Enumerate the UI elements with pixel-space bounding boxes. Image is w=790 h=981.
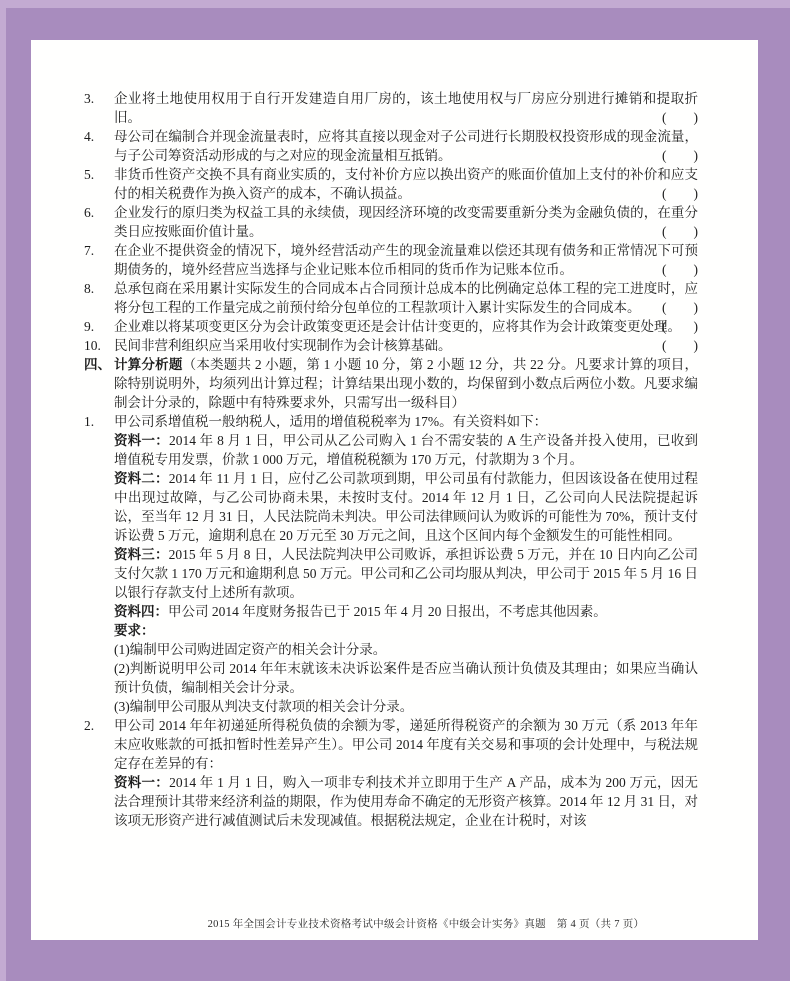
- requirement-1: (1)编制甲公司购进固定资产的相关会计分录。: [114, 640, 698, 659]
- item-number: 10.: [84, 336, 113, 355]
- question-2: 2. 甲公司 2014 年年初递延所得税负债的余额为零，递延所得税资产的余额为 …: [84, 716, 698, 830]
- material-paragraph: 资料三：2015 年 5 月 8 日，人民法院判决甲公司败诉，承担诉讼费 5 万…: [114, 545, 698, 602]
- page-footer: 2015 年全国会计专业技术资格考试中级会计资格《中级会计实务》真题 第 4 页…: [31, 916, 790, 931]
- tf-item-10: 10.民间非营利组织应当采用收付实现制作为会计核算基础。 ( ): [84, 336, 698, 355]
- requirement-2: (2)判断说明甲公司 2014 年年末就该未决诉讼案件是否应当确认预计负债及其理…: [114, 659, 698, 697]
- item-number: 6.: [84, 203, 113, 222]
- item-text: 企业发行的原归类为权益工具的永续债，现因经济环境的改变需要重新分类为金融负债的，…: [114, 205, 698, 239]
- exam-page: 3.企业将土地使用权用于自行开发建造自用厂房的，该土地使用权与厂房应分别进行摊销…: [31, 40, 758, 940]
- cover-edge-highlight-left: [0, 0, 6, 981]
- material-paragraph: 资料二：2014 年 11 月 1 日，应付乙公司款项到期，甲公司虽有付款能力，…: [114, 469, 698, 545]
- requirements-label: 要求：: [114, 621, 698, 640]
- item-number: 9.: [84, 317, 113, 336]
- tf-item-8: 8.总承包商在采用累计实际发生的合同成本占合同预计总成本的比例确定总体工程的完工…: [84, 279, 698, 317]
- answer-brackets: ( ): [662, 298, 698, 317]
- item-text: 母公司在编制合并现金流量表时，应将其直接以现金对子公司进行长期股权投资形成的现金…: [114, 129, 698, 163]
- tf-item-5: 5.非货币性资产交换不具有商业实质的，支付补价方应以换出资产的账面价值加上支付的…: [84, 165, 698, 203]
- question-1: 1. 甲公司系增值税一般纳税人，适用的增值税税率为 17%。有关资料如下： 资料…: [84, 412, 698, 716]
- answer-brackets: ( ): [662, 260, 698, 279]
- material-label: 资料一：: [114, 775, 169, 790]
- question-intro: 甲公司系增值税一般纳税人，适用的增值税税率为 17%。有关资料如下：: [114, 412, 698, 431]
- tf-item-3: 3.企业将土地使用权用于自行开发建造自用厂房的，该土地使用权与厂房应分别进行摊销…: [84, 89, 698, 127]
- tf-item-7: 7.在企业不提供资金的情况下，境外经营活动产生的现金流量难以偿还其现有债务和正常…: [84, 241, 698, 279]
- page-content: 3.企业将土地使用权用于自行开发建造自用厂房的，该土地使用权与厂房应分别进行摊销…: [84, 89, 698, 830]
- item-number: 8.: [84, 279, 113, 298]
- answer-brackets: ( ): [662, 146, 698, 165]
- question-number: 2.: [84, 716, 113, 735]
- item-text: 总承包商在采用累计实际发生的合同成本占合同预计总成本的比例确定总体工程的完工进度…: [114, 281, 698, 315]
- item-text: 民间非营利组织应当采用收付实现制作为会计核算基础。: [114, 338, 452, 353]
- answer-brackets: ( ): [662, 317, 698, 336]
- material-label: 资料三：: [114, 547, 169, 562]
- question-number: 1.: [84, 412, 113, 431]
- material-text: 甲公司 2014 年度财务报告已于 2015 年 4 月 20 日报出，不考虑其…: [168, 604, 607, 619]
- material-paragraph: 资料一：2014 年 8 月 1 日，甲公司从乙公司购入 1 台不需安装的 A …: [114, 431, 698, 469]
- item-text: 在企业不提供资金的情况下，境外经营活动产生的现金流量难以偿还其现有债务和正常情况…: [114, 243, 698, 277]
- item-number: 4.: [84, 127, 113, 146]
- cover-edge-highlight-top: [0, 0, 790, 8]
- item-text: 企业将土地使用权用于自行开发建造自用厂房的，该土地使用权与厂房应分别进行摊销和提…: [114, 91, 698, 125]
- item-number: 5.: [84, 165, 113, 184]
- item-text: 非货币性资产交换不具有商业实质的，支付补价方应以换出资产的账面价值加上支付的补价…: [114, 167, 698, 201]
- item-text: 企业难以将某项变更区分为会计政策变更还是会计估计变更的，应将其作为会计政策变更处…: [114, 319, 681, 334]
- material-label: 资料四：: [114, 604, 168, 619]
- question-intro: 甲公司 2014 年年初递延所得税负债的余额为零，递延所得税资产的余额为 30 …: [114, 716, 698, 773]
- section-4-heading: 四、计算分析题（本类题共 2 小题，第 1 小题 10 分，第 2 小题 12 …: [84, 355, 698, 412]
- tf-item-4: 4.母公司在编制合并现金流量表时，应将其直接以现金对子公司进行长期股权投资形成的…: [84, 127, 698, 165]
- section-title: 计算分析题: [114, 357, 183, 372]
- requirement-3: (3)编制甲公司服从判决支付款项的相关会计分录。: [114, 697, 698, 716]
- section-number: 四、: [84, 355, 113, 374]
- material-label: 资料二：: [114, 471, 169, 486]
- material-paragraph: 资料四：甲公司 2014 年度财务报告已于 2015 年 4 月 20 日报出，…: [114, 602, 698, 621]
- answer-brackets: ( ): [662, 184, 698, 203]
- answer-brackets: ( ): [662, 108, 698, 127]
- material-text: 2014 年 8 月 1 日，甲公司从乙公司购入 1 台不需安装的 A 生产设备…: [114, 433, 698, 467]
- material-text: 2014 年 1 月 1 日，购入一项非专利技术并立即用于生产 A 产品，成本为…: [114, 775, 698, 828]
- material-text: 2014 年 11 月 1 日，应付乙公司款项到期，甲公司虽有付款能力，但因该设…: [114, 471, 698, 543]
- tf-item-9: 9.企业难以将某项变更区分为会计政策变更还是会计估计变更的，应将其作为会计政策变…: [84, 317, 698, 336]
- material-label: 资料一：: [114, 433, 169, 448]
- answer-brackets: ( ): [662, 222, 698, 241]
- tf-item-6: 6.企业发行的原归类为权益工具的永续债，现因经济环境的改变需要重新分类为金融负债…: [84, 203, 698, 241]
- material-paragraph: 资料一：2014 年 1 月 1 日，购入一项非专利技术并立即用于生产 A 产品…: [114, 773, 698, 830]
- section-instructions: （本类题共 2 小题，第 1 小题 10 分，第 2 小题 12 分，共 22 …: [114, 357, 698, 410]
- item-number: 7.: [84, 241, 113, 260]
- item-number: 3.: [84, 89, 113, 108]
- material-text: 2015 年 5 月 8 日，人民法院判决甲公司败诉，承担诉讼费 5 万元，并在…: [114, 547, 698, 600]
- answer-brackets: ( ): [662, 336, 698, 355]
